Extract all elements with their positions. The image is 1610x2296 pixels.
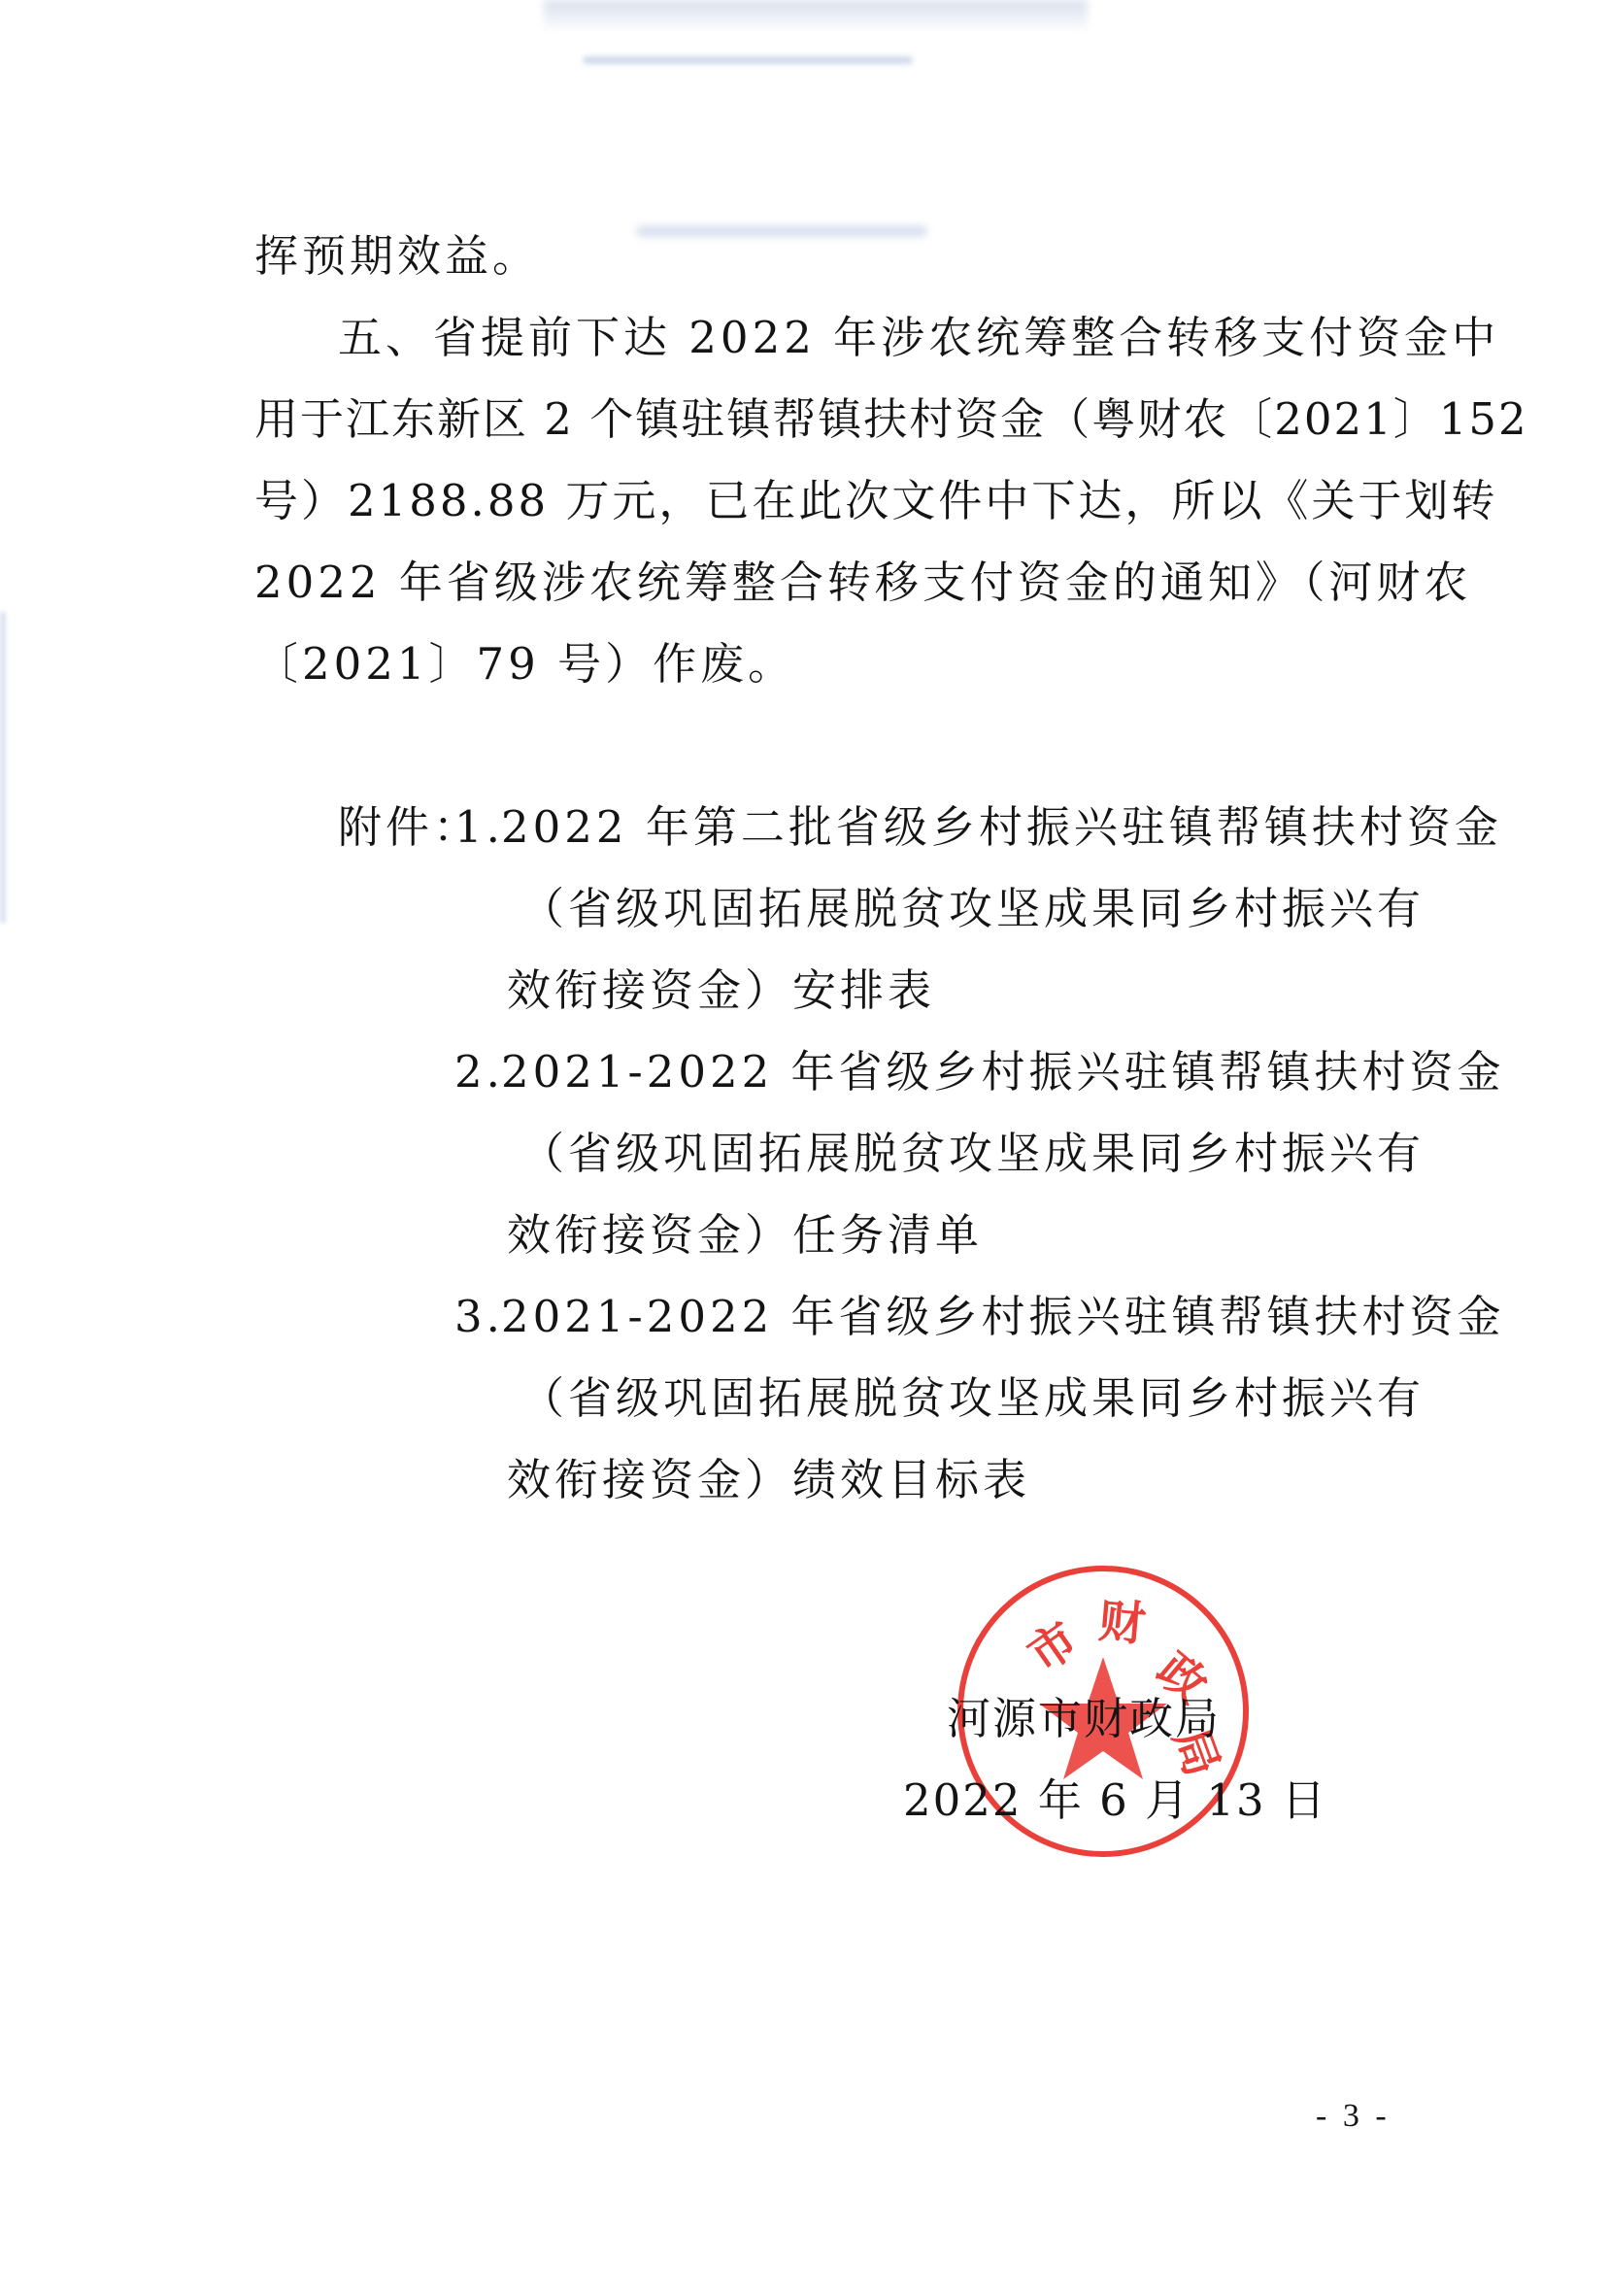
scan-artifact [583,56,913,64]
paragraph-line: 〔2021〕79 号）作废。 [254,637,795,692]
attachment-line: 效衔接资金）任务清单 [507,1208,983,1263]
attachment-line: 2022 年第二批省级乡村振兴驻镇帮镇扶村资金 [501,800,1502,855]
paragraph-line: 2022 年省级涉农统筹整合转移支付资金的通知》（河财农 [254,556,1471,610]
attachment-line: （省级巩固拓展脱贫攻坚成果同乡村振兴有 [520,1371,1425,1426]
attachment-number: 3. [454,1290,504,1344]
page-number: - 3 - [1316,2098,1391,2135]
scan-artifact [636,225,927,237]
attachment-number: 2. [454,1045,504,1099]
stamp-char: 财 [1096,1583,1149,1654]
issuer-name: 河源市财政局 [947,1692,1221,1746]
attachment-line: 效衔接资金）安排表 [507,963,935,1018]
attachment-line: 效衔接资金）绩效目标表 [507,1453,1030,1507]
scan-artifact [0,612,6,923]
paragraph-line: 用于江东新区 2 个镇驻镇帮镇扶村资金（粤财农〔2021〕152 [254,392,1528,447]
paragraph-line: 挥预期效益。 [254,229,540,284]
attachment-line: （省级巩固拓展脱贫攻坚成果同乡村振兴有 [520,1127,1425,1181]
attachment-line: 2021-2022 年省级乡村振兴驻镇帮镇扶村资金 [501,1290,1505,1344]
paragraph-line: 号）2188.88 万元，已在此次文件中下达，所以《关于划转 [254,474,1497,528]
attachment-line: （省级巩固拓展脱贫攻坚成果同乡村振兴有 [520,882,1425,936]
attachment-number: 1. [454,800,504,855]
attachment-line: 2021-2022 年省级乡村振兴驻镇帮镇扶村资金 [501,1045,1505,1099]
issue-date: 2022 年 6 月 13 日 [903,1773,1327,1828]
paragraph-line: 五、省提前下达 2022 年涉农统筹整合转移支付资金中 [338,311,1499,365]
scan-artifact [544,0,1088,29]
